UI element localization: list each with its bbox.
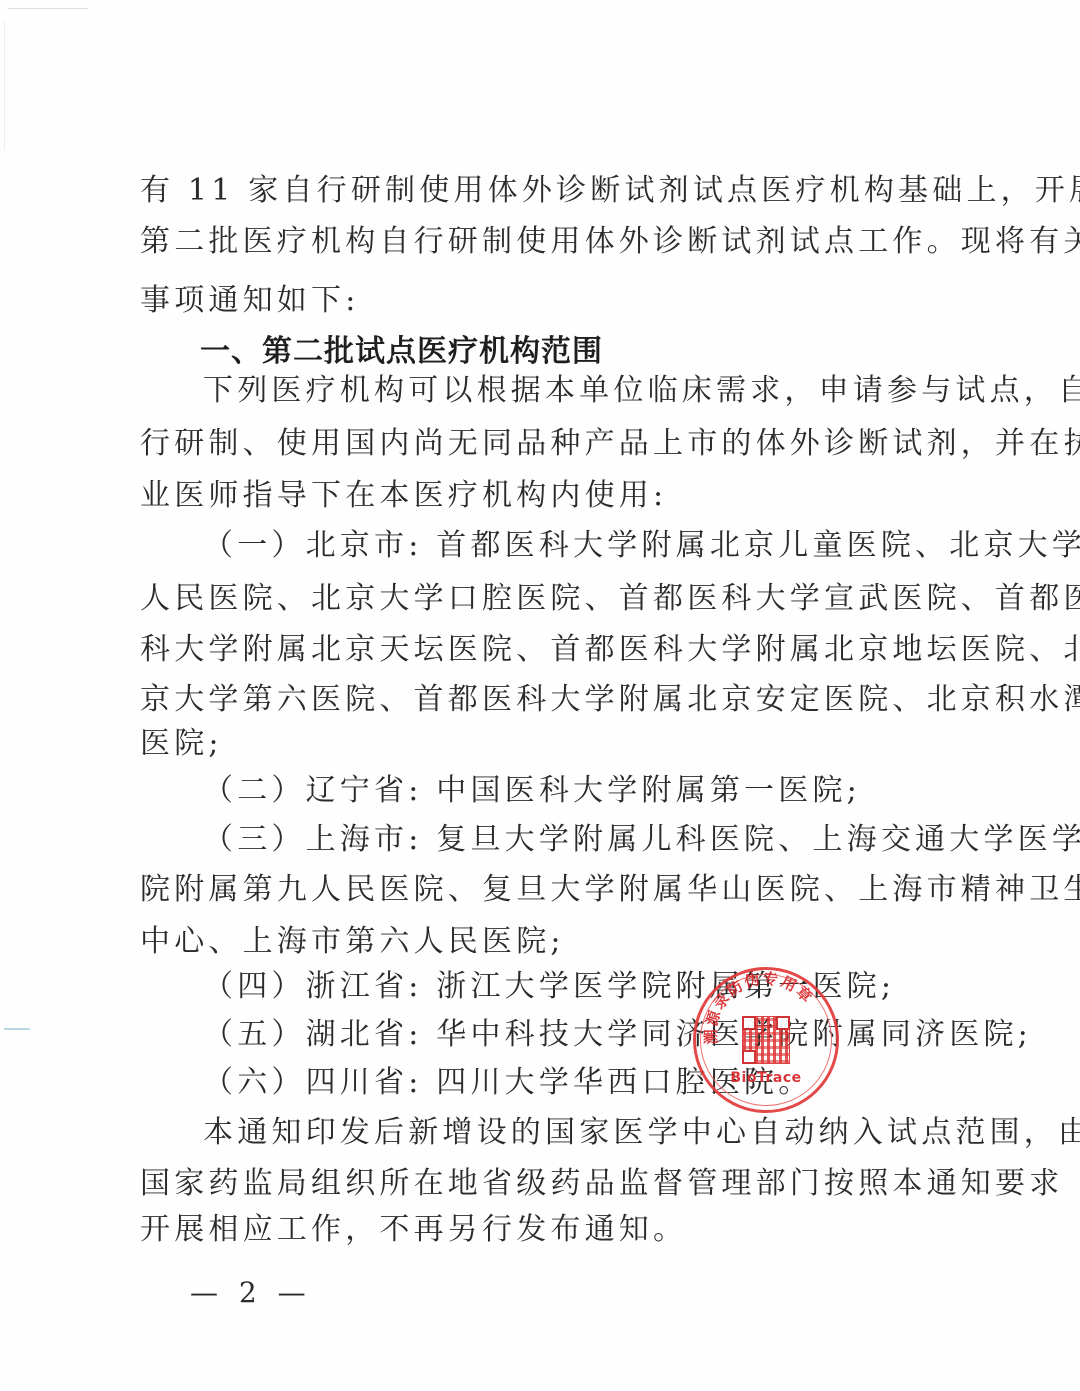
list-item-beijing: 京大学第六医院、首都医科大学附属北京安定医院、北京积水潭 — [140, 680, 950, 720]
section-heading: 一、第二批试点医疗机构范围 — [200, 332, 1010, 372]
body-line: 第二批医疗机构自行研制使用体外诊断试剂试点工作。现将有关 — [140, 222, 950, 262]
list-item-shanghai: （三）上海市: 复旦大学附属儿科医院、上海交通大学医学 — [203, 820, 1013, 860]
scan-edge-mark — [4, 20, 5, 150]
list-item-liaoning: （二）辽宁省: 中国医科大学附属第一医院; — [203, 771, 1013, 811]
scan-edge-mark — [4, 1028, 30, 1030]
list-item-beijing: （一）北京市: 首都医科大学附属北京儿童医院、北京大学 — [203, 526, 1013, 566]
list-item-shanghai: 院附属第九人民医院、复旦大学附属华山医院、上海市精神卫生 — [140, 870, 950, 910]
body-line: 下列医疗机构可以根据本单位临床需求，申请参与试点，自 — [203, 371, 1013, 411]
qr-code-icon — [742, 1016, 790, 1064]
body-line: 业医师指导下在本医疗机构内使用: — [140, 476, 950, 516]
body-line: 事项通知如下: — [140, 281, 950, 321]
scan-edge-mark — [8, 8, 88, 9]
list-item-beijing: 科大学附属北京天坛医院、首都医科大学附属北京地坛医院、北 — [140, 630, 950, 670]
list-item-sichuan: （六）四川省: 四川大学华西口腔医院。 — [203, 1063, 1013, 1103]
body-line: 国家药监局组织所在地省级药品监督管理部门按照本通知要求 — [140, 1164, 950, 1204]
body-line: 本通知印发后新增设的国家医学中心自动纳入试点范围，由 — [203, 1113, 1013, 1153]
list-item-beijing: 医院; — [140, 724, 950, 764]
body-line: 有 11 家自行研制使用体外诊断试剂试点医疗机构基础上，开展 — [140, 171, 950, 211]
list-item-shanghai: 中心、上海市第六人民医院; — [140, 922, 950, 962]
page-number: — 2 — — [190, 1273, 312, 1313]
list-item-hubei: （五）湖北省: 华中科技大学同济医学院附属同济医院; — [203, 1015, 1013, 1055]
list-item-beijing: 人民医院、北京大学口腔医院、首都医科大学宣武医院、首都医 — [140, 579, 950, 619]
document-page: 有 11 家自行研制使用体外诊断试剂试点医疗机构基础上，开展 第二批医疗机构自行… — [0, 0, 1080, 1391]
list-item-zhejiang: （四）浙江省: 浙江大学医学院附属第一医院; — [203, 967, 1013, 1007]
body-line: 行研制、使用国内尚无同品种产品上市的体外诊断试剂，并在执 — [140, 424, 950, 464]
seal-brand: BioTrace — [696, 1070, 836, 1086]
anti-counterfeit-seal: 溯源录防伪专用章 BioTrace — [693, 967, 839, 1113]
body-line: 开展相应工作，不再另行发布通知。 — [140, 1210, 950, 1250]
